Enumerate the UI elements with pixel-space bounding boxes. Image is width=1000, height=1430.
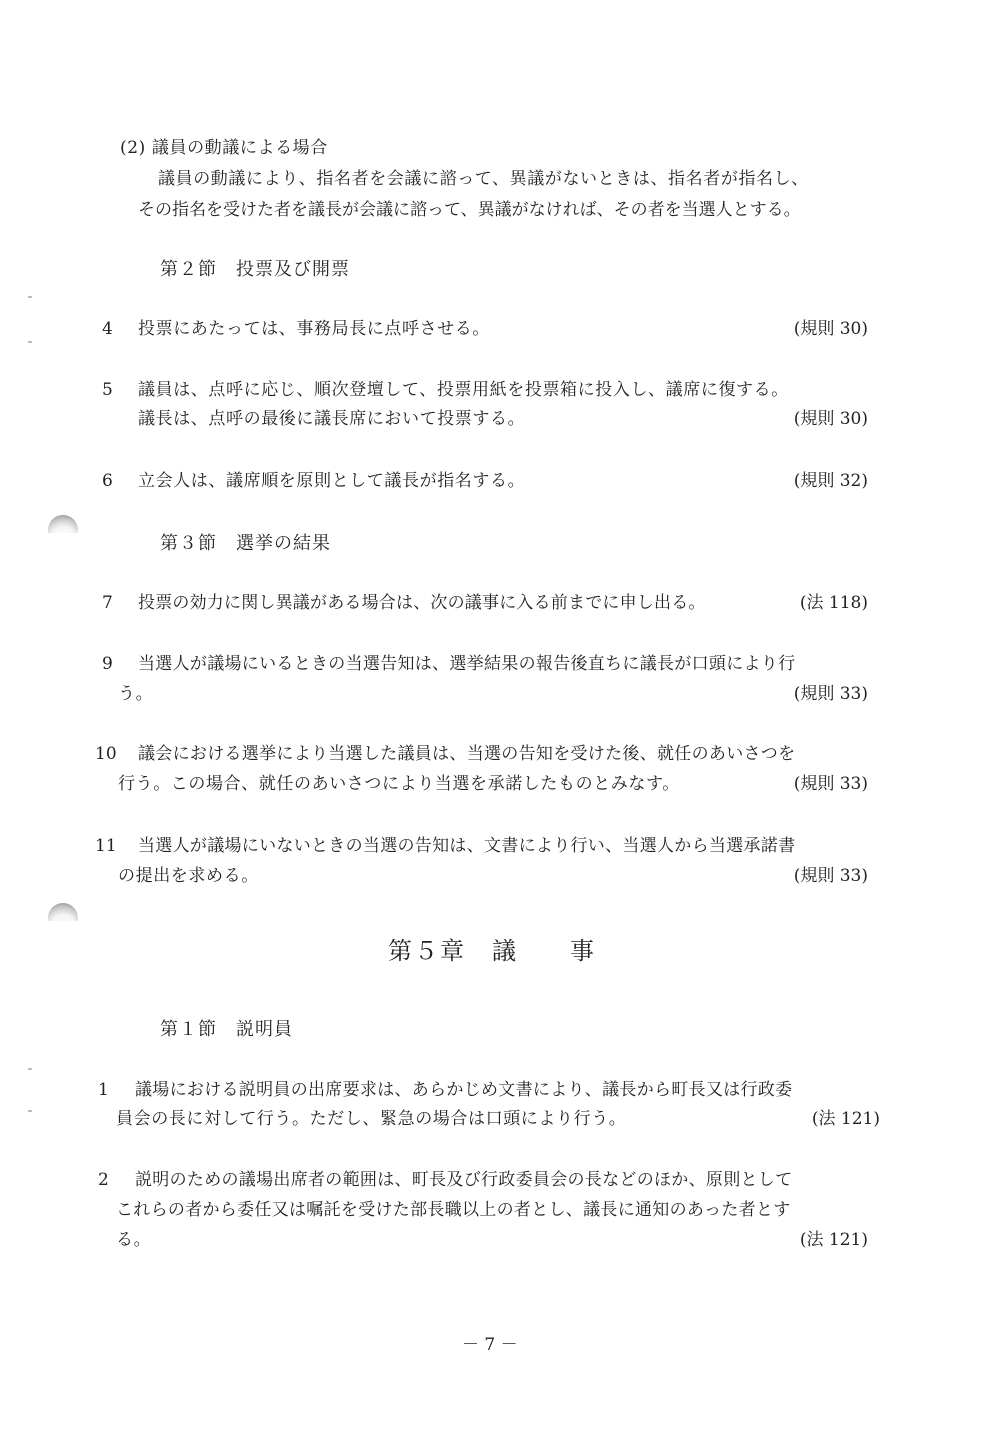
item-text: 当選人が議場にいるときの当選告知は、選挙結果の報告後直ちに議長が口頭により行 <box>138 653 795 675</box>
hole-punch-mark <box>48 903 78 933</box>
item-number: 6 <box>102 470 113 492</box>
item-number: 4 <box>102 318 113 340</box>
item-number: 11 <box>95 835 117 857</box>
item-number: 1 <box>98 1079 109 1101</box>
item-reference: (法 121) <box>812 1108 880 1130</box>
item-reference: (規則 33) <box>794 683 868 705</box>
item-text: 行う。この場合、就任のあいさつにより当選を承諾したものとみなす。 <box>118 773 680 795</box>
item-text: の提出を求める。 <box>118 865 259 887</box>
item-number: 2 <box>98 1169 109 1191</box>
subsection-heading: (2) 議員の動議による場合 <box>120 137 328 159</box>
item-reference: (規則 33) <box>794 865 868 887</box>
item-reference: (規則 30) <box>794 408 868 430</box>
document-page: (2) 議員の動議による場合 議員の動議により、指名者を会議に諮って、異議がない… <box>0 0 1000 1430</box>
item-number: 5 <box>102 379 113 401</box>
paragraph-line: その指名を受けた者を議長が会議に諮って、異議がなければ、その者を当選人とする。 <box>138 199 801 221</box>
item-number: 10 <box>95 743 117 765</box>
scan-mark <box>28 296 32 298</box>
paragraph-line: 議員の動議により、指名者を会議に諮って、異議がないときは、指名者が指名し、 <box>158 168 809 190</box>
item-number: 9 <box>102 653 113 675</box>
scan-mark <box>28 1110 32 1112</box>
item-number: 7 <box>102 592 113 614</box>
item-text: 議場における説明員の出席要求は、あらかじめ文書により、議長から町長又は行政委 <box>135 1079 792 1101</box>
section-title: 第１節 説明員 <box>160 1018 293 1042</box>
page-number: － 7 － <box>462 1334 518 1356</box>
item-text: 説明のための議場出席者の範囲は、町長及び行政委員会の長などのほか、原則として <box>135 1169 792 1191</box>
item-text: これらの者から委任又は嘱託を受けた部長職以上の者とし、議長に通知のあった者とす <box>116 1199 791 1221</box>
item-reference: (規則 32) <box>794 470 868 492</box>
section-title: 第２節 投票及び開票 <box>160 258 350 282</box>
item-text: 議会における選挙により当選した議員は、当選の告知を受けた後、就任のあいさつを <box>138 743 795 765</box>
item-text: 投票にあたっては、事務局長に点呼させる。 <box>138 318 490 340</box>
section-title: 第３節 選挙の結果 <box>160 532 331 556</box>
item-text: 議員は、点呼に応じ、順次登壇して、投票用紙を投票箱に投入し、議席に復する。 <box>138 379 789 401</box>
chapter-title: 第５章 議 事 <box>388 936 596 966</box>
item-text: 員会の長に対して行う。ただし、緊急の場合は口頭により行う。 <box>116 1108 626 1130</box>
item-reference: (法 121) <box>800 1229 868 1251</box>
hole-punch-mark <box>48 515 78 545</box>
item-reference: (規則 30) <box>794 318 868 340</box>
item-text: 議長は、点呼の最後に議長席において投票する。 <box>138 408 525 430</box>
scan-mark <box>28 341 32 343</box>
item-text: る。 <box>116 1229 151 1251</box>
scan-mark <box>28 1068 32 1070</box>
item-text: 投票の効力に関し異議がある場合は、次の議事に入る前までに申し出る。 <box>138 592 706 614</box>
item-text: 当選人が議場にいないときの当選の告知は、文書により行い、当選人から当選承諾書 <box>138 835 795 857</box>
item-reference: (規則 33) <box>794 773 868 795</box>
item-reference: (法 118) <box>800 592 868 614</box>
item-text: 立会人は、議席順を原則として議長が指名する。 <box>138 470 525 492</box>
item-text: う。 <box>118 683 153 705</box>
